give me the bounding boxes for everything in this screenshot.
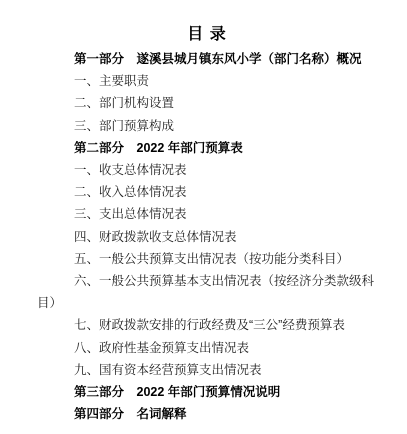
toc-item-entry: 三、部门预算构成 (37, 115, 377, 137)
toc-item-entry: 四、财政拨款收支总体情况表 (37, 226, 377, 248)
document-page: 目 录 第一部分 遂溪县城月镇东风小学（部门名称）概况一、主要职责二、部门机构设… (0, 0, 407, 434)
toc-section-entry: 第三部分 2022 年部门预算情况说明 (37, 381, 377, 403)
toc-item-entry: 二、部门机构设置 (37, 92, 377, 114)
toc-item-entry: 一、收支总体情况表 (37, 159, 377, 181)
toc-item-entry: 六、一般公共预算基本支出情况表（按经济分类款级科目） (37, 270, 377, 314)
toc-section-entry: 第二部分 2022 年部门预算表 (37, 137, 377, 159)
toc-item-entry: 三、支出总体情况表 (37, 203, 377, 225)
toc-item-entry: 八、政府性基金预算支出情况表 (37, 337, 377, 359)
toc-section-entry: 第四部分 名词解释 (37, 403, 377, 425)
toc-item-entry: 五、一般公共预算支出情况表（按功能分类科目） (37, 248, 377, 270)
toc-item-entry: 二、收入总体情况表 (37, 181, 377, 203)
toc-section-entry: 第一部分 遂溪县城月镇东风小学（部门名称）概况 (37, 48, 377, 70)
toc-item-entry: 七、财政拨款安排的行政经费及“三公”经费预算表 (37, 314, 377, 336)
toc-item-entry: 九、国有资本经营预算支出情况表 (37, 359, 377, 381)
toc-item-entry: 一、主要职责 (37, 70, 377, 92)
toc-list: 第一部分 遂溪县城月镇东风小学（部门名称）概况一、主要职责二、部门机构设置三、部… (37, 48, 377, 425)
page-title: 目 录 (37, 26, 377, 44)
